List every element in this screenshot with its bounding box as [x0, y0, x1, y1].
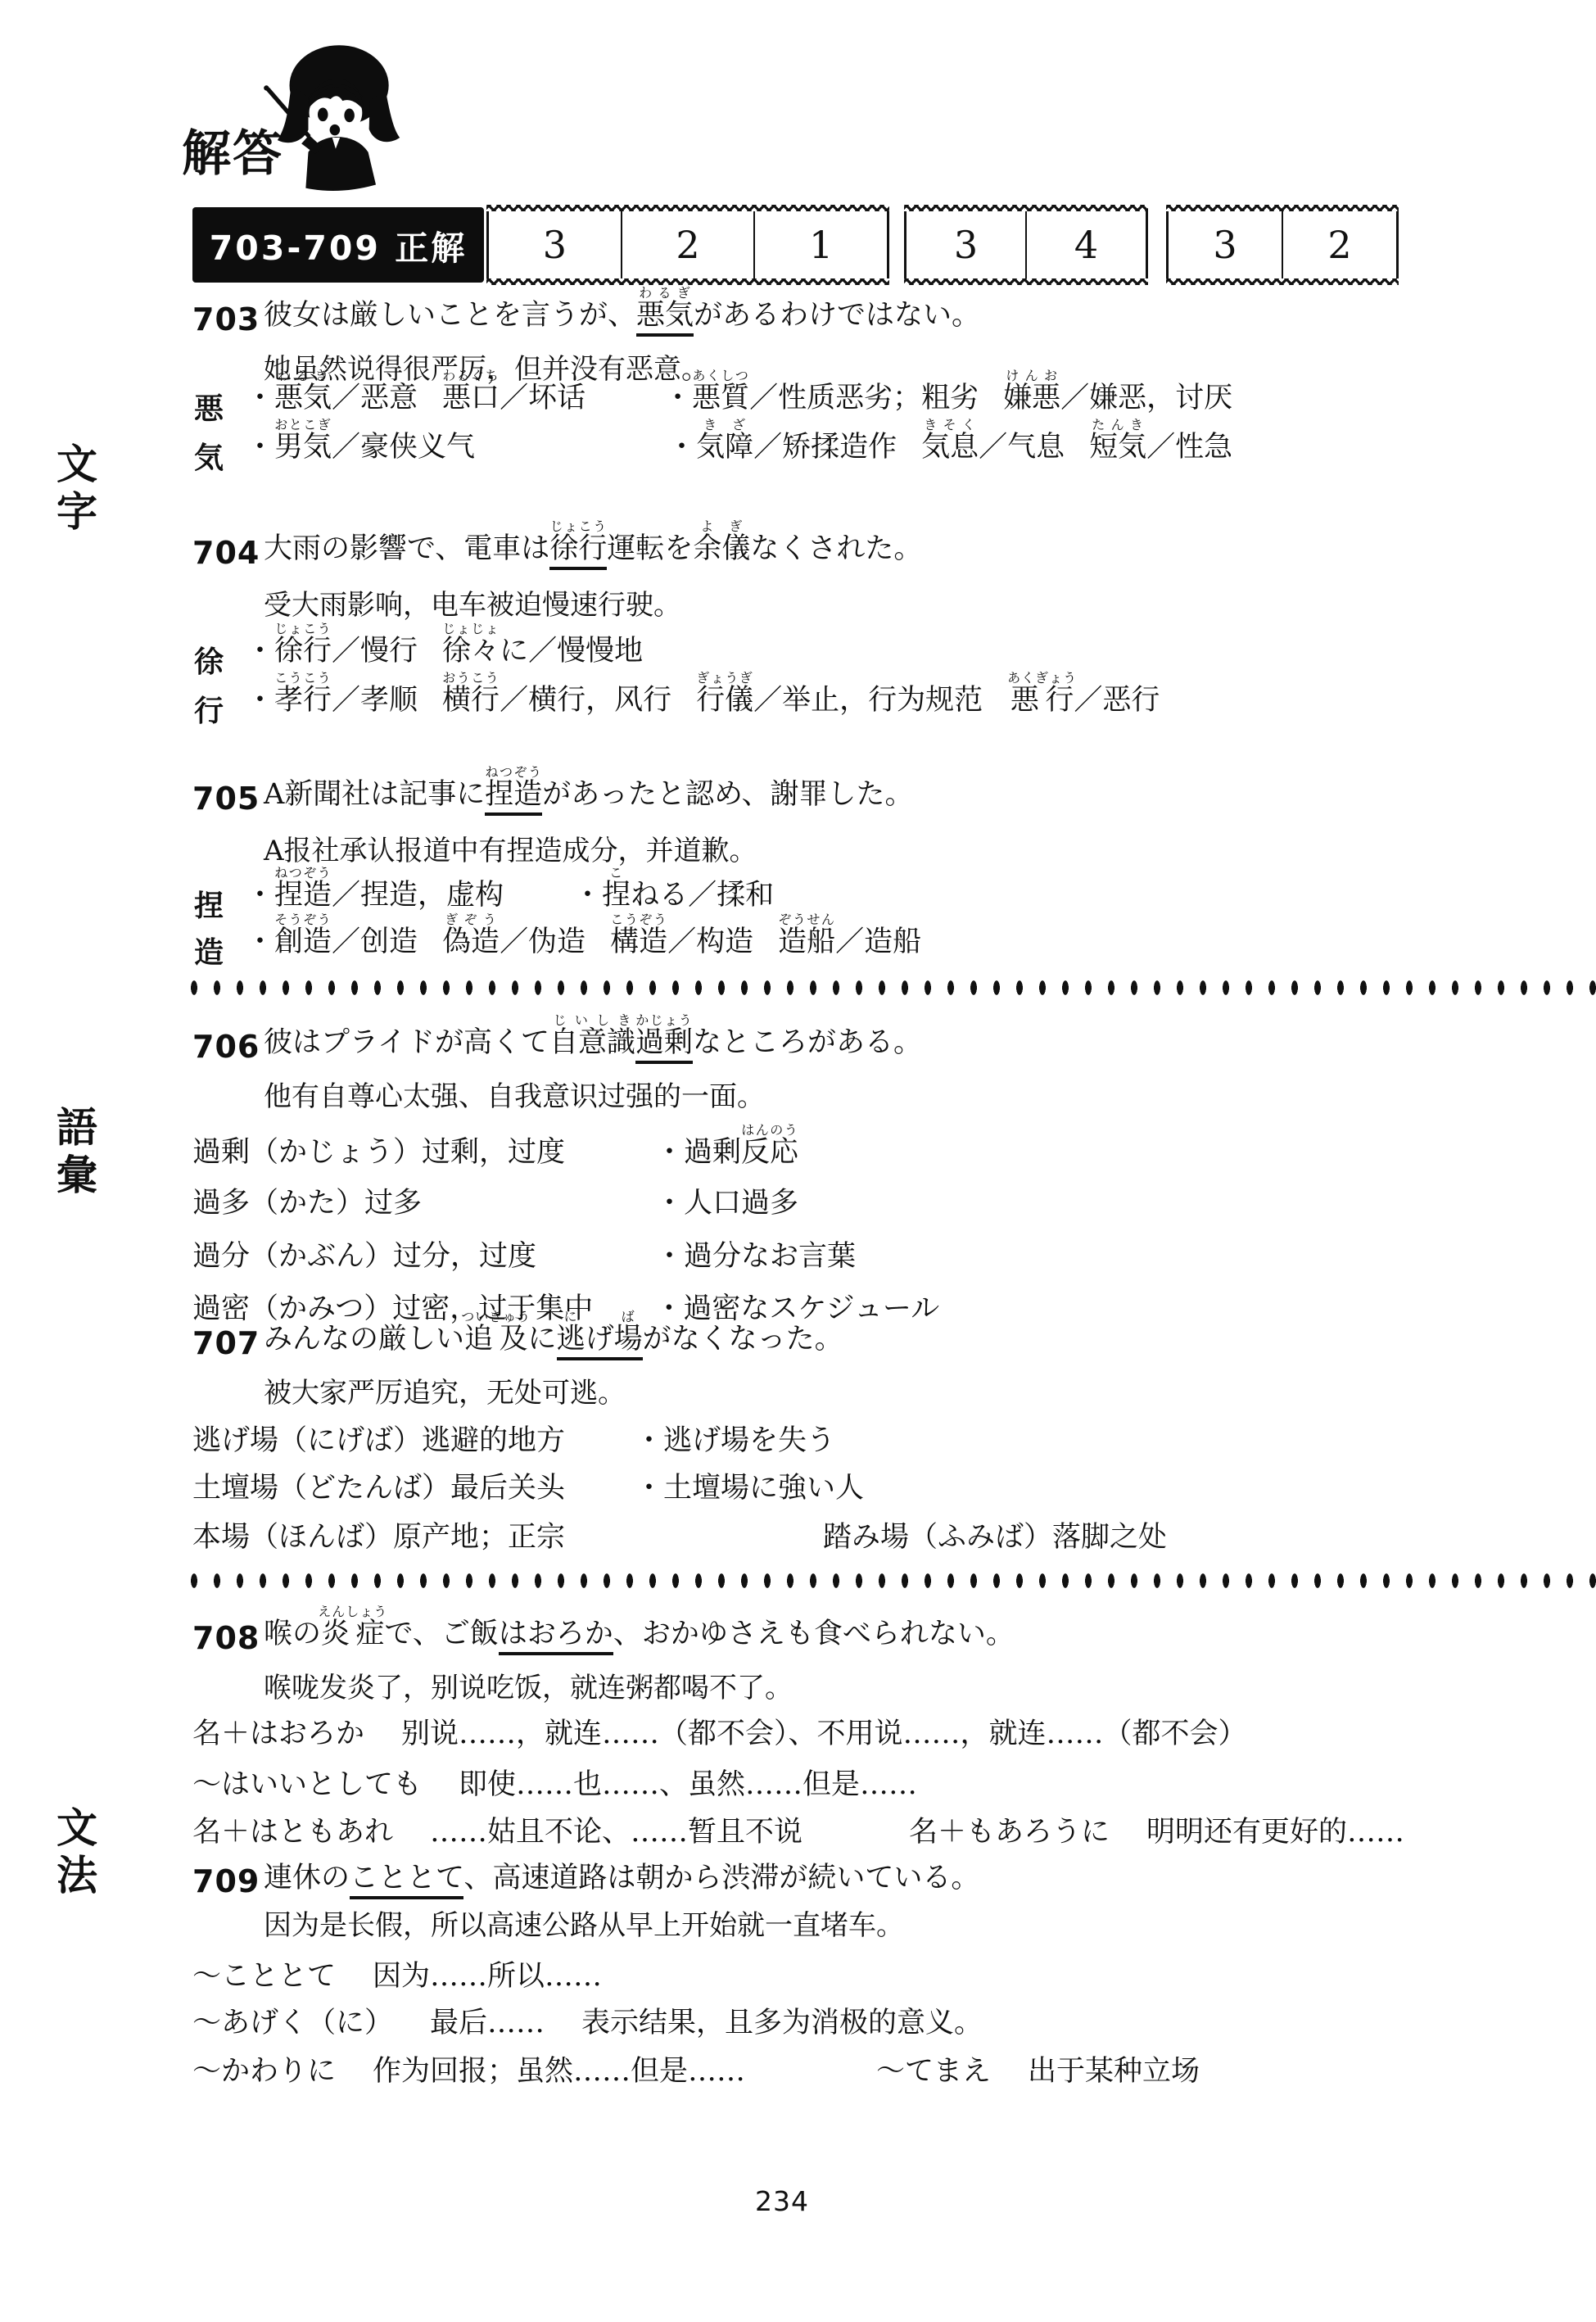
answer-group-2: 3 4: [904, 211, 1148, 278]
question-sentence: 彼はプライドが高くて自意識じいしき過剰かじょうなところがある。: [264, 1012, 922, 1061]
question-number: 707: [192, 1325, 260, 1361]
vocab-row: 過多（かた）过多・人口過多: [192, 1186, 798, 1222]
vocab-row: 過剰（かじょう）过剩，过度・過剰反応はんのう: [192, 1122, 798, 1171]
question-number: 703: [192, 301, 260, 337]
vocab-row-label: 気: [194, 435, 224, 477]
vocab-row: ・捏造ねつぞう／捏造，虚构・捏こねる／揉和: [246, 865, 774, 914]
sidebar-tab-bunpou: 文法: [44, 1806, 103, 1901]
grammar-row: ～あげく（に）最后……表示结果，且多为消极的意义。: [192, 2006, 983, 2042]
question-number: 709: [192, 1863, 260, 1899]
question-sentence: 大雨の影響で、電車は徐行じょこう運転を余儀よぎなくされた。: [264, 518, 922, 568]
vocab-row: ・男気おとこぎ／豪侠义气・気障きざ／矫揉造作気息きそく／气息短気たんき／性急: [246, 417, 1232, 466]
vocab-row: 土壇場（どたんば）最后关头・土壇場に強い人: [192, 1471, 864, 1507]
vocab-row: 過分（かぶん）过分，过度・過分なお言葉: [192, 1239, 856, 1275]
question-translation: A报社承认报道中有捏造成分，并道歉。: [264, 834, 757, 869]
vocab-row: ・孝行こうこう／孝顺横行おうこう／横行，风行行儀ぎょうぎ／举止，行为规范悪行あく…: [246, 670, 1160, 719]
answer-cell: 2: [1282, 211, 1396, 278]
answer-group-1: 3 2 1: [486, 211, 889, 278]
vocab-row-label: 徐: [194, 639, 224, 681]
question-number: 704: [192, 535, 260, 571]
answer-range-box: 703-709 正解: [192, 207, 484, 283]
mouth: [330, 124, 341, 136]
answer-cell: 3: [489, 211, 621, 278]
answer-range-label: 703-709 正解: [210, 221, 467, 269]
answer-cell: 2: [621, 211, 754, 278]
vocab-row: ・徐行じょこう／慢行徐々じょじょに／慢慢地: [246, 621, 643, 670]
answer-cell: 1: [753, 211, 887, 278]
grammar-row: ～かわりに作为回报；虽然……但是……～てまえ出于某种立场: [192, 2054, 1200, 2090]
vocab-row: 本場（ほんば）原产地；正宗踏み場（ふみば）落脚之处: [192, 1520, 1167, 1556]
question-translation: 喉咙发炎了，别说吃饭，就连粥都喝不了。: [264, 1671, 793, 1706]
question-sentence: 喉の炎症えんしょうで、ご飯はおろか、おかゆさえも食べられない。: [264, 1604, 1015, 1653]
question-translation: 因为是长假，所以高速公路从早上开始就一直堵车。: [264, 1908, 904, 1944]
answer-cell: 3: [1169, 211, 1282, 278]
question-number: 706: [192, 1029, 260, 1065]
vocab-row-label: 造: [194, 930, 224, 971]
grammar-row: 名＋はおろか别说……，就连……（都不会）、不用说……，就连……（都不会）: [192, 1717, 1247, 1753]
textbook-answer-page: 文字 語彙 文法 解答 703-709 正解 3 2 1 3: [0, 0, 1596, 2322]
grammar-row: 名＋はともあれ……姑且不论、……暂且不说名＋もあろうに明明还有更好的……: [192, 1815, 1404, 1851]
answer-group-3: 3 2: [1166, 211, 1399, 278]
vocab-row-label: 捏: [194, 883, 224, 925]
sidebar-tab-goi: 語彙: [44, 1106, 103, 1201]
question-number: 705: [192, 781, 260, 817]
vocab-row-label: 悪: [194, 386, 224, 428]
dotted-separator: [183, 980, 1596, 996]
right-eye: [344, 109, 355, 123]
grammar-row: ～はいいとしても即使……也……、虽然……但是……: [192, 1768, 917, 1804]
question-translation: 被大家严厉追究，无处可逃。: [264, 1376, 626, 1411]
question-sentence: 彼女は厳しいことを言うが、悪気わるぎがあるわけではない。: [264, 285, 980, 334]
question-translation: 他有自尊心太强、自我意识过强的一面。: [264, 1080, 765, 1115]
vocab-row: ・創造そうぞう／创造偽造ぎぞう／伪造構造こうぞう／构造造船ぞうせん／造船: [246, 912, 921, 961]
question-sentence: 連休のこととて、高速道路は朝から渋滞が続いている。: [264, 1861, 979, 1897]
dotted-separator: [183, 1573, 1596, 1589]
vocab-row: 逃げ場（にげば）逃避的地方・逃げ場を失う: [192, 1424, 835, 1460]
question-number: 708: [192, 1620, 260, 1656]
question-sentence: みんなの厳しい追及ついきゅうに逃にげ場ばがなくなった。: [264, 1309, 843, 1358]
question-translation: 受大雨影响，电车被迫慢速行驶。: [264, 588, 681, 623]
answer-cell: 4: [1025, 211, 1146, 278]
question-sentence: A新聞社は記事に捏造ねつぞうがあったと認め、謝罪した。: [264, 764, 914, 813]
answer-cell: 3: [907, 211, 1025, 278]
page-number: 234: [755, 2185, 809, 2217]
mascot-girl-illustration: [260, 41, 414, 195]
vocab-row-label: 行: [194, 688, 224, 730]
sidebar-tab-moji: 文字: [44, 442, 103, 537]
left-eye: [318, 107, 328, 121]
vocab-row: ・悪気わるぎ／恶意悪口わるぐち／坏话・悪質あくしつ／性质恶劣；粗劣嫌悪けんお／嫌…: [246, 368, 1232, 417]
grammar-row: ～こととて因为……所以……: [192, 1959, 602, 1995]
